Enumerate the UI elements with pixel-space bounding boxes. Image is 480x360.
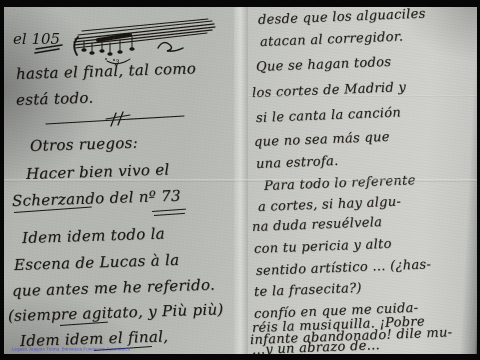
manuscript-line: na duda resuélvela xyxy=(252,215,383,235)
manuscript-line: Otros ruegos: xyxy=(30,134,138,155)
annotation-el-105: el 105 xyxy=(13,30,60,48)
manuscript-line: que antes me he referido. xyxy=(12,276,216,300)
manuscript-line: está todo. xyxy=(16,89,94,109)
manuscript-line: Escena de Lucas à la xyxy=(14,251,180,274)
manuscript-line: con tu pericia y alto xyxy=(254,237,392,257)
manuscript-line: si le canta la canción xyxy=(256,105,402,126)
manuscript-line: (siempre agitato, y Più più) xyxy=(8,300,224,325)
manuscript-line: una estrofa. xyxy=(256,154,339,172)
manuscript-page-left: el 105 xyxy=(4,7,234,354)
manuscript-line: los cortes de Madrid y xyxy=(252,80,407,101)
manuscript-line: Idem idem el final, xyxy=(20,327,169,350)
manuscript-paper: el 105 xyxy=(4,7,477,354)
archive-caption: Legado Joaquín Turina. Biblioteca Fundac… xyxy=(12,348,130,352)
underline-stroke xyxy=(152,209,186,213)
manuscript-line: Hacer bien vivo el xyxy=(26,160,170,183)
manuscript-line: Idem idem todo la xyxy=(22,225,165,247)
manuscript-line: sentido artístico ... (¿has- xyxy=(256,257,432,279)
manuscript-line: atacan al corregidor. xyxy=(260,30,404,50)
manuscript-page-right: desde que los alguaciles atacan al corre… xyxy=(248,7,477,354)
manuscript-line: te la frasecita?) xyxy=(254,281,362,300)
separator-flourish xyxy=(44,111,188,129)
manuscript-line: Para todo lo referente xyxy=(264,173,416,194)
manuscript-line: desde que los alguaciles xyxy=(258,7,426,28)
manuscript-line: Scherzando del nº 73 xyxy=(12,187,181,210)
page-fold xyxy=(234,7,248,354)
manuscript-line: a cortes, si hay algu- xyxy=(258,195,402,215)
manuscript-photo: el 105 xyxy=(0,0,480,360)
underline-stroke xyxy=(154,213,185,217)
manuscript-line: que no sea más que xyxy=(254,130,390,150)
music-staff-sketch: el 105 xyxy=(12,15,222,69)
manuscript-line: Que se hagan todos xyxy=(256,55,392,75)
